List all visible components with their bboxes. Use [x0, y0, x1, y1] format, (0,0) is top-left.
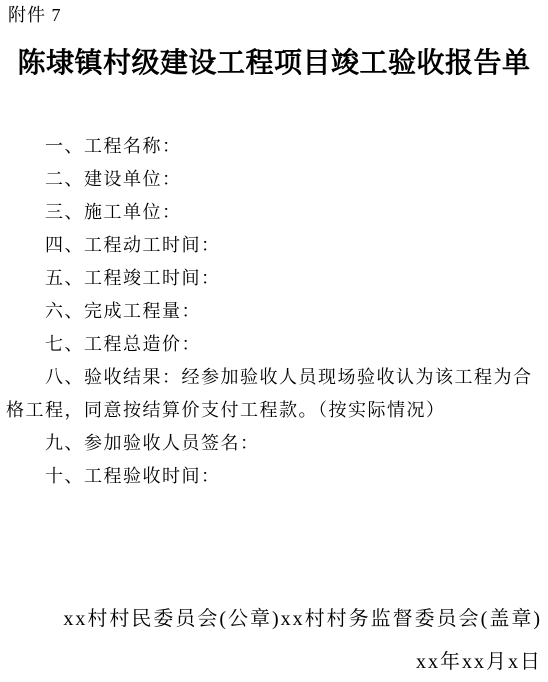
document-body: 一、工程名称：二、建设单位：三、施工单位：四、工程动工时间：五、工程竣工时间：六… — [6, 130, 542, 493]
body-line: 格工程，同意按结算价支付工程款。（按实际情况） — [6, 394, 542, 427]
body-line: 六、完成工程量： — [6, 295, 542, 328]
page-title: 陈埭镇村级建设工程项目竣工验收报告单 — [0, 44, 548, 84]
body-line: 七、工程总造价： — [6, 328, 542, 361]
date-line: xx年xx月x日 — [416, 646, 542, 679]
body-line: 五、工程竣工时间： — [6, 262, 542, 295]
body-line: 三、施工单位： — [6, 196, 542, 229]
body-line: 二、建设单位： — [6, 163, 542, 196]
body-line: 九、参加验收人员签名： — [6, 427, 542, 460]
document-page: 附件 7 陈埭镇村级建设工程项目竣工验收报告单 一、工程名称：二、建设单位：三、… — [0, 0, 548, 682]
body-line: 四、工程动工时间： — [6, 229, 542, 262]
body-line: 八、验收结果：经参加验收人员现场验收认为该工程为合 — [6, 361, 542, 394]
body-line: 一、工程名称： — [6, 130, 542, 163]
signature-line: xx村村民委员会(公章)xx村村务监督委员会(盖章) — [63, 603, 542, 636]
body-line: 十、工程验收时间： — [6, 460, 542, 493]
attachment-label: 附件 7 — [8, 2, 62, 28]
